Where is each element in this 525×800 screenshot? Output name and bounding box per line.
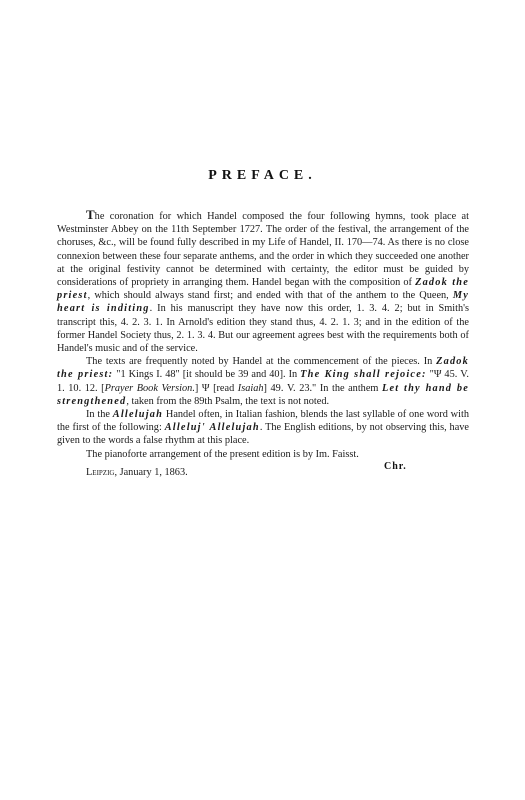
italic-isaiah: Isaiah — [238, 383, 264, 394]
text-run: , taken from the 89th Psalm, the text is… — [126, 396, 329, 407]
text-run: ] 49. V. 23." In the anthem — [264, 383, 382, 394]
document-page: PREFACE. The coronation for which Handel… — [0, 0, 525, 800]
page-title: PREFACE. — [0, 168, 525, 184]
text-run: , which should always stand first; and e… — [88, 290, 453, 301]
title-king-shall-rejoice: The King shall rejoice: — [300, 369, 426, 380]
paragraph-pianoforte: The pianoforte arrangement of the presen… — [57, 448, 469, 461]
title-allelujah: Allelujah — [113, 409, 163, 420]
place: Leipzig — [86, 467, 114, 478]
paragraph-texts: The texts are frequently noted by Handel… — [57, 355, 469, 408]
text-run: The texts are frequently noted by Handel… — [86, 356, 436, 367]
drop-cap: T — [86, 207, 95, 222]
preface-body: The coronation for which Handel composed… — [57, 208, 469, 479]
text-run: In the — [86, 409, 113, 420]
text-run: he coronation for which Handel composed … — [57, 211, 469, 288]
paragraph-allelujah: In the Allelujah Handel often, in Italia… — [57, 408, 469, 448]
signature: Chr. — [384, 461, 407, 472]
text-run: ] Ψ [read — [195, 383, 238, 394]
text-run: "1 Kings I. 48" [it should be 39 and 40]… — [113, 369, 300, 380]
text-run: The pianoforte arrangement of the presen… — [86, 449, 359, 460]
place-date: Leipzig, January 1, 1863. — [57, 466, 469, 479]
paragraph-coronation: The coronation for which Handel composed… — [57, 208, 469, 355]
phrase-alleluj: Alleluj' Allelujah — [165, 422, 260, 433]
date: , January 1, 1863. — [114, 467, 187, 478]
italic-prayer-book: Prayer Book Version. — [105, 383, 195, 394]
